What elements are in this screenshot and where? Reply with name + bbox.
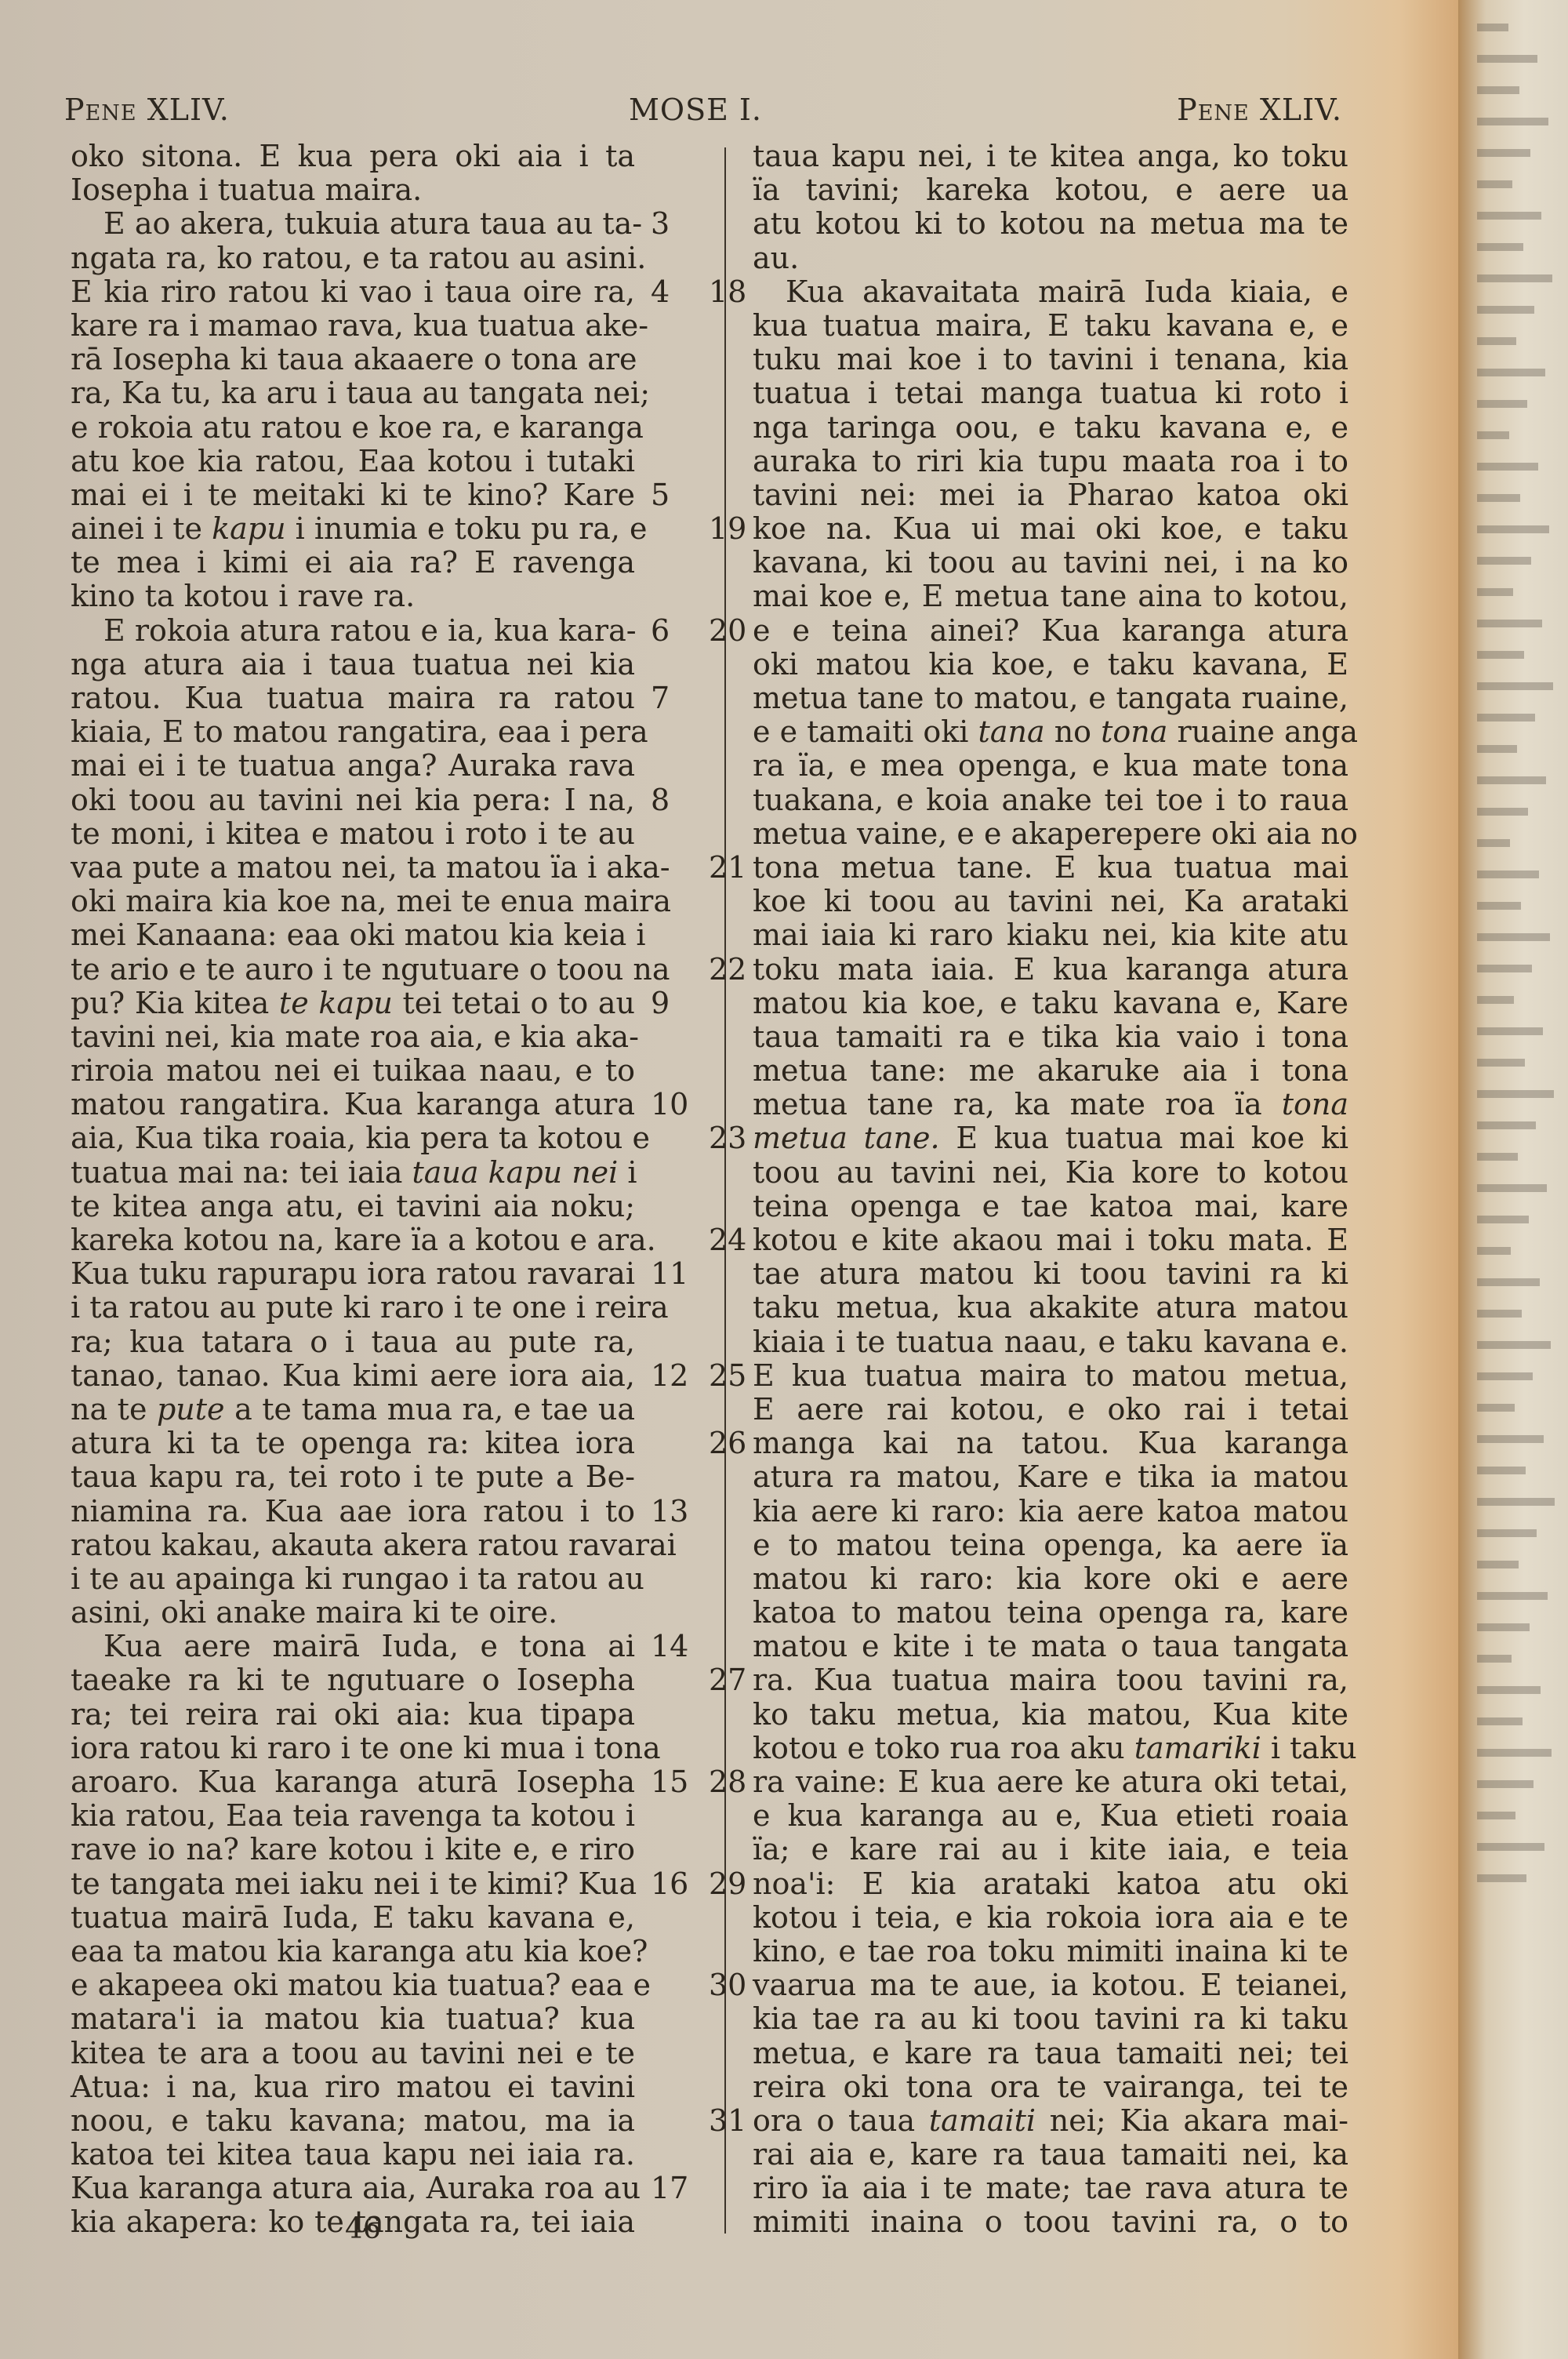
line-text: koe ki toou au tavini nei, Ka arataki	[753, 885, 1348, 918]
text-line: atura ki ta te openga ra: kitea iora	[71, 1427, 635, 1460]
line-text: atu koe kia ratou, Eaa kotou i tutaki	[71, 445, 635, 478]
header-chapter-left: Pene XLIV.	[64, 93, 230, 127]
text-line: te moni, i kitea e matou i roto i te au	[71, 817, 635, 851]
text-line: e kua karanga au e, Kua etieti roaia	[753, 1799, 1348, 1833]
line-text: mai iaia ki raro kiaku nei, kia kite atu	[753, 918, 1348, 952]
line-text: tanao, tanao. Kua kimi aere iora aia,	[71, 1359, 635, 1393]
line-text: metua tane ra, ka mate roa ïa tona	[753, 1088, 1348, 1121]
verse-number: 19	[709, 512, 748, 546]
line-text: e kua karanga au e, Kua etieti roaia	[753, 1799, 1348, 1833]
verse-number: 24	[709, 1223, 748, 1257]
text-line: kitea te ara a toou au tavini nei e te	[71, 2037, 635, 2070]
text-line: tuatua mairā Iuda, E taku kavana e,	[71, 1901, 635, 1935]
line-text: vaarua ma te aue, ia kotou. E teianei,	[753, 1968, 1348, 2002]
line-text: aia, Kua tika roaia, kia pera ta kotou e	[71, 1121, 635, 1155]
text-line: mai koe e, E metua tane aina to kotou,	[753, 580, 1348, 613]
adjacent-page-text-ghost	[1477, 1623, 1530, 1631]
text-line: metua tane ra, ka mate roa ïa tona	[753, 1088, 1348, 1121]
verse-number: 27	[709, 1663, 748, 1697]
text-line: ra. Kua tuatua maira toou tavini ra,27	[753, 1663, 1348, 1697]
text-line: te ario e te auro i te ngutuare o toou n…	[71, 953, 635, 987]
adjacent-page-text-ghost	[1477, 1404, 1515, 1412]
text-line: koe na. Kua ui mai oki koe, e taku19	[753, 512, 1348, 546]
text-line: auraka to riri kia tupu maata roa i to	[753, 445, 1348, 478]
line-text: ra ïa, e mea openga, e kua mate tona	[753, 749, 1348, 783]
line-text: tuku mai koe i to tavini i tenana, kia	[753, 343, 1348, 376]
adjacent-page-text-ghost	[1477, 1498, 1555, 1506]
verse-number: 8	[651, 783, 721, 817]
text-line: atu kotou ki to kotou na metua ma te	[753, 207, 1348, 241]
book-page: Pene XLIV. MOSE I. Pene XLIV. oko sitona…	[0, 0, 1458, 2359]
line-text: mimiti inaina o toou tavini ra, o to	[753, 2205, 1348, 2239]
line-text: ïa; e kare rai au i kite iaia, e teia	[753, 1833, 1348, 1866]
text-line: mai iaia ki raro kiaku nei, kia kite atu	[753, 918, 1348, 952]
line-text: kino ta kotou i rave ra.	[71, 580, 635, 613]
adjacent-page-text-ghost	[1477, 1843, 1544, 1851]
text-line: kavana, ki toou au tavini nei, i na ko	[753, 546, 1348, 580]
line-text: noou, e taku kavana; matou, ma ia	[71, 2104, 635, 2138]
line-text: teina openga e tae katoa mai, kare	[753, 1190, 1348, 1223]
line-text: Kua akavaitata mairā Iuda kiaia, e	[786, 275, 1348, 309]
line-text: niamina ra. Kua aae iora ratou i to	[71, 1495, 635, 1528]
text-line: ratou kakau, akauta akera ratou ravarai	[71, 1528, 635, 1562]
line-text: kitea te ara a toou au tavini nei e te	[71, 2037, 635, 2070]
line-text: kotou i teia, e kia rokoia iora aia e te	[753, 1901, 1348, 1935]
text-line: tuatua mai na: tei iaia taua kapu nei i	[71, 1156, 635, 1190]
line-text: metua vaine, e e akaperepere oki aia no	[753, 817, 1348, 851]
verse-number: 28	[709, 1765, 748, 1799]
text-line: kiaia, E to matou rangatira, eaa i pera	[71, 715, 635, 749]
line-text: taua kapu nei, i te kitea anga, ko toku	[753, 140, 1348, 173]
line-text: ngata ra, ko ratou, e ta ratou au asini.	[71, 242, 635, 275]
line-text: e e teina ainei? Kua karanga atura	[753, 614, 1348, 648]
line-text: ora o taua tamaiti nei; Kia akara mai-	[753, 2104, 1348, 2138]
line-text: noa'i: E kia arataki katoa atu oki	[753, 1867, 1348, 1901]
line-text: te kitea anga atu, ei tavini aia noku;	[71, 1190, 635, 1223]
line-text: E aere rai kotou, e oko rai i tetai	[753, 1393, 1348, 1427]
text-line: taua tamaiti ra e tika kia vaio i tona	[753, 1020, 1348, 1054]
text-line: E kia riro ratou ki vao i taua oire ra,4	[71, 275, 635, 309]
line-text: oki matou kia koe, e taku kavana, E	[753, 648, 1348, 682]
line-text: au.	[753, 242, 1348, 275]
line-text: matara'i ia matou kia tuatua? kua	[71, 2002, 635, 2036]
line-text: E kia riro ratou ki vao i taua oire ra,	[71, 275, 635, 309]
adjacent-page-text-ghost	[1477, 55, 1537, 63]
text-line: nga taringa oou, e taku kavana e, e	[753, 411, 1348, 445]
text-line: eaa ta matou kia karanga atu kia koe?	[71, 1935, 635, 1968]
adjacent-page-text-ghost	[1477, 1655, 1512, 1663]
adjacent-page-text-ghost	[1477, 1310, 1522, 1318]
column-divider-rule	[724, 147, 726, 2234]
line-text: iora ratou ki raro i te one ki mua i ton…	[71, 1732, 635, 1765]
text-line: kia ratou, Eaa teia ravenga ta kotou i	[71, 1799, 635, 1833]
line-text: kotou e toko rua roa aku tamariki i taku	[753, 1732, 1348, 1765]
adjacent-page-text-ghost	[1477, 1686, 1541, 1694]
text-line: e to matou teina openga, ka aere ïa	[753, 1528, 1348, 1562]
text-line: au.	[753, 242, 1348, 275]
line-text: rā Iosepha ki taua akaaere o tona are	[71, 343, 635, 376]
text-line: oki maira kia koe na, mei te enua maira	[71, 885, 635, 918]
line-text: taku metua, kua akakite atura matou	[753, 1291, 1348, 1325]
verse-number: 5	[651, 478, 721, 512]
text-line: vaarua ma te aue, ia kotou. E teianei,30	[753, 1968, 1348, 2002]
text-line: ko taku metua, kia matou, Kua kite	[753, 1698, 1348, 1732]
text-line: kareka kotou na, kare ïa a kotou e ara.	[71, 1223, 635, 1257]
text-line: Kua aere mairā Iuda, e tona ai14	[71, 1630, 635, 1663]
text-line: tanao, tanao. Kua kimi aere iora aia,12	[71, 1359, 635, 1393]
line-text: nga atura aia i taua tuatua nei kia	[71, 648, 635, 682]
line-text: te mea i kimi ei aia ra? E ravenga	[71, 546, 635, 580]
verse-number: 18	[709, 275, 748, 309]
text-line: kia tae ra au ki toou tavini ra ki taku	[753, 2002, 1348, 2036]
adjacent-page-text-ghost	[1477, 463, 1538, 471]
text-line: noou, e taku kavana; matou, ma ia	[71, 2104, 635, 2138]
text-line: toku mata iaia. E kua karanga atura22	[753, 953, 1348, 987]
text-line: kino, e tae roa toku mimiti inaina ki te	[753, 1935, 1348, 1968]
line-text: te ario e te auro i te ngutuare o toou n…	[71, 953, 635, 987]
adjacent-page-text-ghost	[1477, 1247, 1511, 1255]
adjacent-page-text-ghost	[1477, 1749, 1552, 1757]
verse-number: 13	[651, 1495, 721, 1528]
line-text: ra; tei reira rai oki aia: kua tipapa	[71, 1698, 635, 1732]
text-line: rā Iosepha ki taua akaaere o tona are	[71, 343, 635, 376]
text-line: E aere rai kotou, e oko rai i tetai	[753, 1393, 1348, 1427]
line-text: matou ki raro: kia kore oki e aere	[753, 1562, 1348, 1596]
verse-number: 7	[651, 682, 721, 715]
text-line: metua tane to matou, e tangata ruaine,	[753, 682, 1348, 715]
adjacent-page-text-ghost	[1477, 306, 1534, 314]
line-text: kua tuatua maira, E taku kavana e, e	[753, 309, 1348, 343]
line-text: ra, Ka tu, ka aru i taua au tangata nei;	[71, 376, 635, 410]
text-line: kotou i teia, e kia rokoia iora aia e te	[753, 1901, 1348, 1935]
text-line: matou kia koe, e taku kavana e, Kare	[753, 987, 1348, 1020]
line-text: tuatua mairā Iuda, E taku kavana e,	[71, 1901, 635, 1935]
line-text: E ao akera, tukuia atura taua au ta-	[103, 207, 635, 241]
adjacent-page-text-ghost	[1477, 1278, 1540, 1286]
text-line: niamina ra. Kua aae iora ratou i to13	[71, 1495, 635, 1528]
text-line: taeake ra ki te ngutuare o Iosepha	[71, 1663, 635, 1697]
line-text: e rokoia atu ratou e koe ra, e karanga	[71, 411, 635, 445]
line-text: tuakana, e koia anake tei toe i to raua	[753, 783, 1348, 817]
line-text: ko taku metua, kia matou, Kua kite	[753, 1698, 1348, 1732]
text-line: kino ta kotou i rave ra.	[71, 580, 635, 613]
line-text: metua tane: me akaruke aia i tona	[753, 1054, 1348, 1088]
adjacent-page-text-ghost	[1477, 1341, 1551, 1349]
line-text: toku mata iaia. E kua karanga atura	[753, 953, 1348, 987]
adjacent-page-text-ghost	[1477, 808, 1528, 816]
text-line: riroia matou nei ei tuikaa naau, e to	[71, 1054, 635, 1088]
verse-number: 9	[651, 987, 721, 1020]
adjacent-page-text-ghost	[1477, 1216, 1529, 1223]
line-text: atura ra matou, Kare e tika ia matou	[753, 1460, 1348, 1494]
text-line: pu? Kia kitea te kapu tei tetai o to au9	[71, 987, 635, 1020]
line-text: Kua karanga atura aia, Auraka roa au	[71, 2172, 635, 2205]
adjacent-page-text-ghost	[1477, 1592, 1548, 1600]
line-text: koe na. Kua ui mai oki koe, e taku	[753, 512, 1348, 546]
line-text: metua tane. E kua tuatua mai koe ki	[753, 1121, 1348, 1155]
line-text: taua kapu ra, tei roto i te pute a Be-	[71, 1460, 635, 1494]
adjacent-page-text-ghost	[1477, 1780, 1534, 1788]
line-text: mei Kanaana: eaa oki matou kia keia i	[71, 918, 635, 952]
adjacent-page-text-ghost	[1477, 1874, 1526, 1882]
text-line: asini, oki anake maira ki te oire.	[71, 1596, 635, 1630]
text-line: rave io na? kare kotou i kite e, e riro	[71, 1833, 635, 1866]
line-text: ïa tavini; kareka kotou, e aere ua	[753, 173, 1348, 207]
text-line: ra, Ka tu, ka aru i taua au tangata nei;	[71, 376, 635, 410]
adjacent-page-text-ghost	[1477, 1121, 1536, 1129]
line-text: kia ratou, Eaa teia ravenga ta kotou i	[71, 1799, 635, 1833]
text-line: reira oki tona ora te vairanga, tei te	[753, 2070, 1348, 2104]
verse-number: 23	[709, 1121, 748, 1155]
line-text: E rokoia atura ratou e ia, kua kara-	[103, 614, 635, 648]
line-text: i ta ratou au pute ki raro i te one i re…	[71, 1291, 635, 1325]
verse-number: 22	[709, 953, 748, 987]
text-line: e e teina ainei? Kua karanga atura20	[753, 614, 1348, 648]
line-text: ra; kua tatara o i taua au pute ra,	[71, 1325, 635, 1359]
text-line: taua kapu nei, i te kitea anga, ko toku	[753, 140, 1348, 173]
adjacent-page-text-ghost	[1477, 24, 1508, 31]
line-text: riroia matou nei ei tuikaa naau, e to	[71, 1054, 635, 1088]
adjacent-page-text-ghost	[1477, 776, 1546, 784]
line-text: vaa pute a matou nei, ta matou ïa i aka-	[71, 851, 635, 885]
adjacent-page-text-ghost	[1477, 431, 1509, 439]
adjacent-page-text-ghost	[1477, 118, 1548, 125]
adjacent-page-text-ghost	[1477, 1435, 1544, 1443]
text-line: i te au apainga ki rungao i ta ratou au	[71, 1562, 635, 1596]
line-text: tuatua mai na: tei iaia taua kapu nei i	[71, 1156, 635, 1190]
text-line: toou au tavini nei, Kia kore to kotou	[753, 1156, 1348, 1190]
line-text: katoa to matou teina openga ra, kare	[753, 1596, 1348, 1630]
verse-number: 10	[651, 1088, 721, 1121]
adjacent-page-text-ghost	[1477, 494, 1520, 502]
line-text: tavini nei: mei ia Pharao katoa oki	[753, 478, 1348, 512]
line-text: matou kia koe, e taku kavana e, Kare	[753, 987, 1348, 1020]
adjacent-page-text-ghost	[1477, 557, 1531, 565]
adjacent-page-text-ghost	[1477, 180, 1512, 188]
line-text: taua tamaiti ra e tika kia vaio i tona	[753, 1020, 1348, 1054]
line-text: tona metua tane. E kua tuatua mai	[753, 851, 1348, 885]
adjacent-page-text-ghost	[1477, 871, 1539, 878]
verse-number: 14	[651, 1630, 721, 1663]
text-line: te tangata mei iaku nei i te kimi? Kua16	[71, 1867, 635, 1901]
text-line: matou ki raro: kia kore oki e aere	[753, 1562, 1348, 1596]
line-text: tuatua i tetai manga tuatua ki roto i	[753, 376, 1348, 410]
text-line: katoa to matou teina openga ra, kare	[753, 1596, 1348, 1630]
text-line: manga kai na tatou. Kua karanga26	[753, 1427, 1348, 1460]
text-line: kotou e kite akaou mai i toku mata. E24	[753, 1223, 1348, 1257]
text-line: tavini nei: mei ia Pharao katoa oki	[753, 478, 1348, 512]
verse-number: 11	[651, 1257, 721, 1291]
text-line: na te pute a te tama mua ra, e tae ua	[71, 1393, 635, 1427]
adjacent-page-text-ghost	[1477, 212, 1541, 220]
line-text: kavana, ki toou au tavini nei, i na ko	[753, 546, 1348, 580]
line-text: ainei i te kapu i inumia e toku pu ra, e	[71, 512, 635, 546]
text-line: ïa tavini; kareka kotou, e aere ua	[753, 173, 1348, 207]
left-text-column: oko sitona. E kua pera oki aia i taIosep…	[71, 140, 635, 2240]
text-line: te mea i kimi ei aia ra? E ravenga	[71, 546, 635, 580]
line-text: toou au tavini nei, Kia kore to kotou	[753, 1156, 1348, 1190]
verse-number: 21	[709, 851, 748, 885]
adjacent-page-text-ghost	[1477, 1467, 1526, 1474]
text-line: taku metua, kua akakite atura matou	[753, 1291, 1348, 1325]
line-text: riro ïa aia i te mate; tae rava atura te	[753, 2172, 1348, 2205]
text-line: koe ki toou au tavini nei, Ka arataki	[753, 885, 1348, 918]
text-line: ra vaine: E kua aere ke atura oki tetai,…	[753, 1765, 1348, 1799]
text-line: oko sitona. E kua pera oki aia i ta	[71, 140, 635, 173]
text-line: kiaia i te tuatua naau, e taku kavana e.	[753, 1325, 1348, 1359]
verse-number: 17	[651, 2172, 721, 2205]
adjacent-page-text-ghost	[1477, 243, 1523, 251]
text-line: E kua tuatua maira to matou metua,25	[753, 1359, 1348, 1393]
adjacent-page-text-ghost	[1477, 525, 1549, 533]
verse-number: 3	[651, 207, 721, 241]
adjacent-page-text-ghost	[1477, 839, 1510, 847]
line-text: ra. Kua tuatua maira toou tavini ra,	[753, 1663, 1348, 1697]
adjacent-page-text-ghost	[1477, 745, 1517, 753]
adjacent-page-text-ghost	[1477, 274, 1552, 282]
adjacent-page-text-ghost	[1477, 400, 1527, 408]
text-line: ora o taua tamaiti nei; Kia akara mai-31	[753, 2104, 1348, 2138]
adjacent-page-text-ghost	[1477, 714, 1535, 722]
line-text: auraka to riri kia tupu maata roa i to	[753, 445, 1348, 478]
text-line: e akapeea oki matou kia tuatua? eaa e	[71, 1968, 635, 2002]
text-line: atura ra matou, Kare e tika ia matou	[753, 1460, 1348, 1494]
text-line: Kua tuku rapurapu iora ratou ravarai11	[71, 1257, 635, 1291]
text-line: tona metua tane. E kua tuatua mai21	[753, 851, 1348, 885]
text-line: mei Kanaana: eaa oki matou kia keia i	[71, 918, 635, 952]
text-line: tuku mai koe i to tavini i tenana, kia	[753, 343, 1348, 376]
text-line: oki toou au tavini nei kia pera: I na,8	[71, 783, 635, 817]
right-text-column: taua kapu nei, i te kitea anga, ko tokuï…	[753, 140, 1348, 2240]
text-line: kare ra i mamao rava, kua tuatua ake-	[71, 309, 635, 343]
adjacent-page-text-ghost	[1477, 902, 1521, 910]
line-text: te moni, i kitea e matou i roto i te au	[71, 817, 635, 851]
line-text: e e tamaiti oki tana no tona ruaine anga	[753, 715, 1348, 749]
text-line: metua vaine, e e akaperepere oki aia no	[753, 817, 1348, 851]
text-line: matou e kite i te mata o taua tangata	[753, 1630, 1348, 1663]
text-line: mai ei i te tuatua anga? Auraka rava	[71, 749, 635, 783]
line-text: matou rangatira. Kua karanga atura	[71, 1088, 635, 1121]
line-text: kiaia i te tuatua naau, e taku kavana e.	[753, 1325, 1348, 1359]
adjacent-page-text-ghost	[1477, 149, 1530, 157]
line-text: metua tane to matou, e tangata ruaine,	[753, 682, 1348, 715]
line-text: e akapeea oki matou kia tuatua? eaa e	[71, 1968, 635, 2002]
text-line: teina openga e tae katoa mai, kare	[753, 1190, 1348, 1223]
text-line: matara'i ia matou kia tuatua? kua	[71, 2002, 635, 2036]
text-line: E rokoia atura ratou e ia, kua kara-6	[71, 614, 635, 648]
adjacent-page-text-ghost	[1477, 1027, 1543, 1035]
adjacent-page-text-ghost	[1477, 1717, 1523, 1725]
line-text: Atua: i na, kua riro matou ei tavini	[71, 2070, 635, 2104]
adjacent-page-text-ghost	[1477, 1090, 1554, 1098]
text-line: riro ïa aia i te mate; tae rava atura te	[753, 2172, 1348, 2205]
text-line: aroaro. Kua karanga aturā Iosepha15	[71, 1765, 635, 1799]
page-number: 46	[345, 2213, 381, 2245]
text-line: metua tane. E kua tuatua mai koe ki23	[753, 1121, 1348, 1155]
text-line: taua kapu ra, tei roto i te pute a Be-	[71, 1460, 635, 1494]
adjacent-page-text-ghost	[1477, 369, 1545, 376]
text-line: mimiti inaina o toou tavini ra, o to	[753, 2205, 1348, 2239]
adjacent-page-text-ghost	[1477, 682, 1553, 690]
line-text: kino, e tae roa toku mimiti inaina ki te	[753, 1935, 1348, 1968]
text-line: ra; tei reira rai oki aia: kua tipapa	[71, 1698, 635, 1732]
text-line: kua tuatua maira, E taku kavana e, e	[753, 309, 1348, 343]
line-text: ratou kakau, akauta akera ratou ravarai	[71, 1528, 635, 1562]
text-line: rai aia e, kare ra taua tamaiti nei, ka	[753, 2138, 1348, 2172]
line-text: asini, oki anake maira ki te oire.	[71, 1596, 635, 1630]
line-text: tavini nei, kia mate roa aia, e kia aka-	[71, 1020, 635, 1054]
adjacent-page-text-ghost	[1477, 620, 1542, 627]
adjacent-page-edge	[1458, 0, 1568, 2359]
text-line: nga atura aia i taua tuatua nei kia	[71, 648, 635, 682]
line-text: reira oki tona ora te vairanga, tei te	[753, 2070, 1348, 2104]
text-line: kotou e toko rua roa aku tamariki i taku	[753, 1732, 1348, 1765]
verse-number: 25	[709, 1359, 748, 1393]
line-text: Kua tuku rapurapu iora ratou ravarai	[71, 1257, 635, 1291]
line-text: ratou. Kua tuatua maira ra ratou	[71, 682, 635, 715]
adjacent-page-text-ghost	[1477, 337, 1516, 345]
line-text: aroaro. Kua karanga aturā Iosepha	[71, 1765, 635, 1799]
text-line: matou rangatira. Kua karanga atura10	[71, 1088, 635, 1121]
line-text: rave io na? kare kotou i kite e, e riro	[71, 1833, 635, 1866]
text-line: ngata ra, ko ratou, e ta ratou au asini.	[71, 242, 635, 275]
text-line: noa'i: E kia arataki katoa atu oki29	[753, 1867, 1348, 1901]
text-line: metua tane: me akaruke aia i tona	[753, 1054, 1348, 1088]
line-text: Iosepha i tuatua maira.	[71, 173, 635, 207]
line-text: na te pute a te tama mua ra, e tae ua	[71, 1393, 635, 1427]
line-text: atura ki ta te openga ra: kitea iora	[71, 1427, 635, 1460]
text-line: atu koe kia ratou, Eaa kotou i tutaki	[71, 445, 635, 478]
line-text: ra vaine: E kua aere ke atura oki tetai,	[753, 1765, 1348, 1799]
line-text: kotou e kite akaou mai i toku mata. E	[753, 1223, 1348, 1257]
text-line: e rokoia atu ratou e koe ra, e karanga	[71, 411, 635, 445]
line-text: eaa ta matou kia karanga atu kia koe?	[71, 1935, 635, 1968]
line-text: metua, e kare ra taua tamaiti nei; tei	[753, 2037, 1348, 2070]
header-book-title: MOSE I.	[629, 93, 762, 127]
text-line: ainei i te kapu i inumia e toku pu ra, e	[71, 512, 635, 546]
text-line: te kitea anga atu, ei tavini aia noku;	[71, 1190, 635, 1223]
verse-number: 31	[709, 2104, 748, 2138]
text-line: metua, e kare ra taua tamaiti nei; tei	[753, 2037, 1348, 2070]
line-text: taeake ra ki te ngutuare o Iosepha	[71, 1663, 635, 1697]
line-text: katoa tei kitea taua kapu nei iaia ra.	[71, 2138, 635, 2172]
adjacent-page-text-ghost	[1477, 1812, 1515, 1819]
text-line: mai ei i te meitaki ki te kino? Kare5	[71, 478, 635, 512]
adjacent-page-text-ghost	[1477, 1059, 1525, 1067]
verse-number: 30	[709, 1968, 748, 2002]
line-text: nga taringa oou, e taku kavana e, e	[753, 411, 1348, 445]
adjacent-page-text-ghost	[1477, 651, 1524, 659]
text-line: i ta ratou au pute ki raro i te one i re…	[71, 1291, 635, 1325]
verse-number: 20	[709, 614, 748, 648]
text-line: e e tamaiti oki tana no tona ruaine anga	[753, 715, 1348, 749]
adjacent-page-text-ghost	[1477, 965, 1532, 972]
adjacent-page-text-ghost	[1477, 1184, 1547, 1192]
line-text: manga kai na tatou. Kua karanga	[753, 1427, 1348, 1460]
line-text: mai ei i te tuatua anga? Auraka rava	[71, 749, 635, 783]
line-text: mai koe e, E metua tane aina to kotou,	[753, 580, 1348, 613]
running-header: Pene XLIV. MOSE I. Pene XLIV.	[64, 93, 1342, 140]
text-line: vaa pute a matou nei, ta matou ïa i aka-	[71, 851, 635, 885]
line-text: oki maira kia koe na, mei te enua maira	[71, 885, 635, 918]
line-text: rai aia e, kare ra taua tamaiti nei, ka	[753, 2138, 1348, 2172]
text-line: tavini nei, kia mate roa aia, e kia aka-	[71, 1020, 635, 1054]
text-line: tae atura matou ki toou tavini ra ki	[753, 1257, 1348, 1291]
text-line: Kua karanga atura aia, Auraka roa au17	[71, 2172, 635, 2205]
adjacent-page-text-ghost	[1477, 996, 1514, 1004]
adjacent-page-text-ghost	[1477, 1529, 1537, 1537]
line-text: kia aere ki raro: kia aere katoa matou	[753, 1495, 1348, 1528]
